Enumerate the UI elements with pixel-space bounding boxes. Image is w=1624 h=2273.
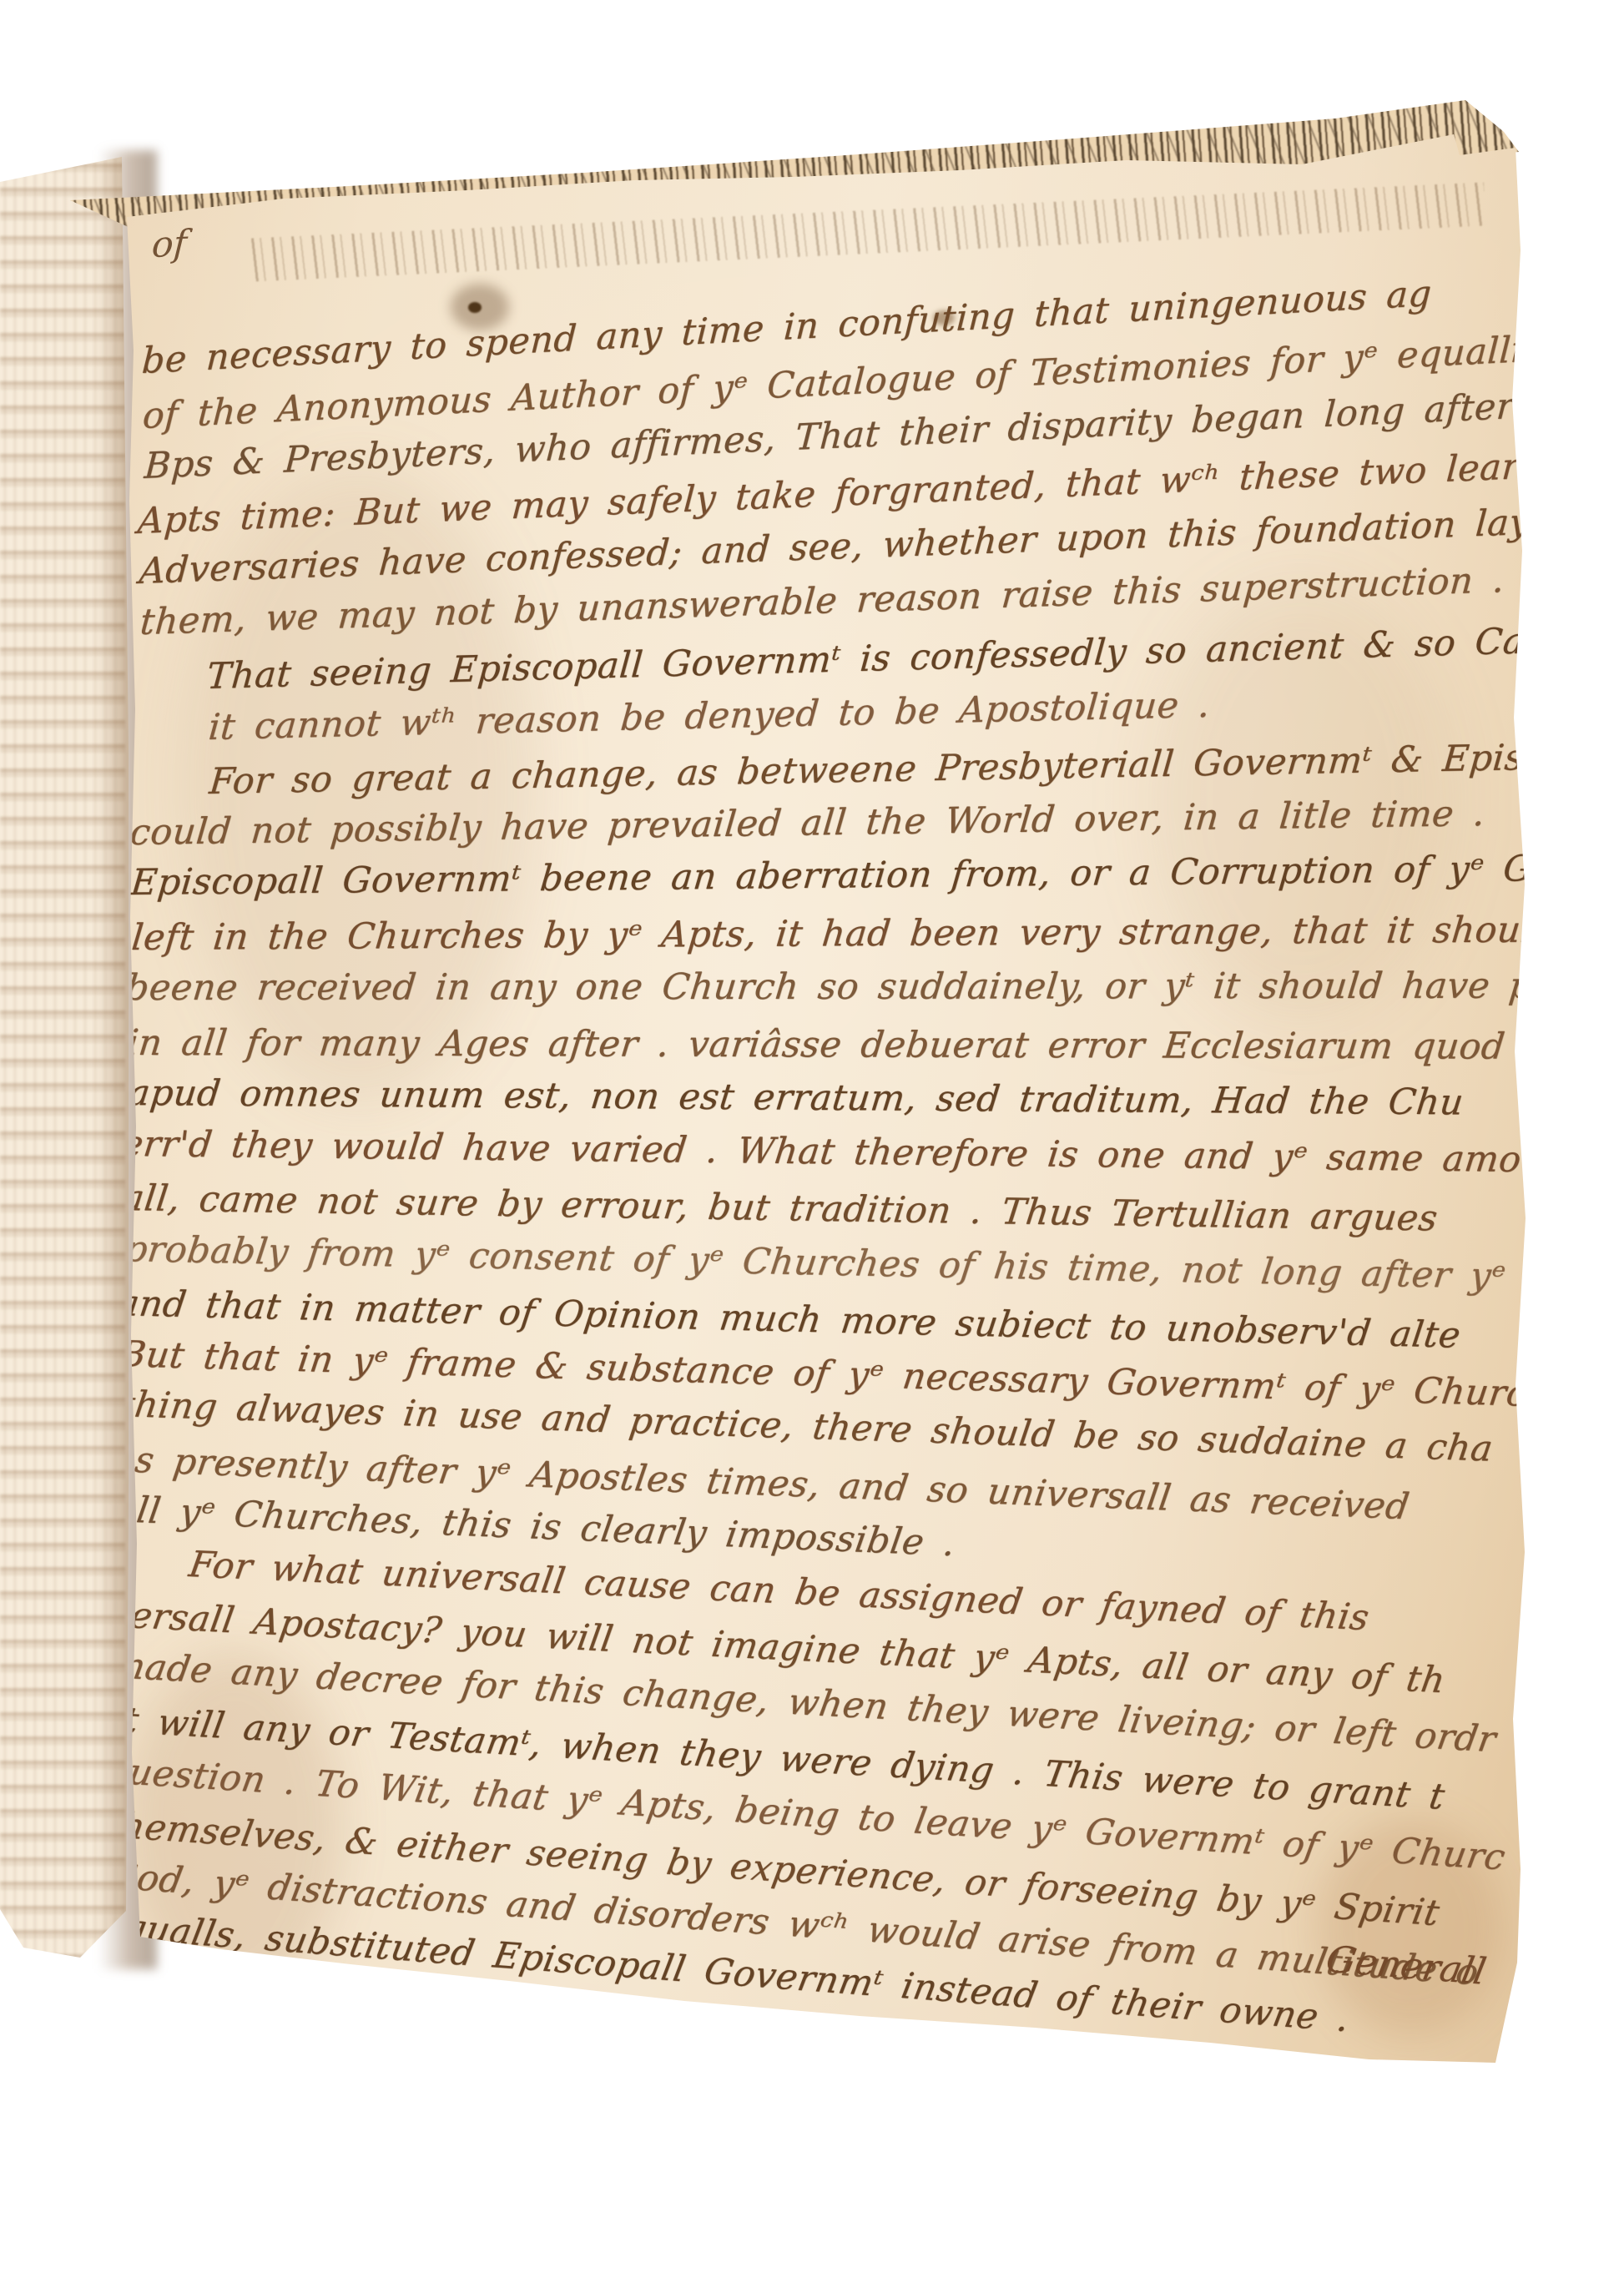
manuscript-line: all, came not sure by errour, but tradit… <box>120 1177 1440 1239</box>
photo-canvas: of be necessary to spend any time in con… <box>0 0 1624 2273</box>
manuscript-line: could not possibly have prevailed all th… <box>128 793 1486 854</box>
manuscript-line: For so great a change, as betweene Presb… <box>208 736 1568 803</box>
manuscript-text: be necessary to spend any time in confut… <box>0 0 1624 2273</box>
manuscript-line: beene received in any one Church so sudd… <box>124 965 1574 1009</box>
manuscript-line: Episcopall Governmᵗ beene an aberration … <box>129 848 1577 904</box>
manuscript-line: in all for many Ages after . variâsse de… <box>124 1022 1507 1068</box>
manuscript-line: left in the Churches by yᵉ Apts, it had … <box>130 909 1559 959</box>
manuscript-line: apud omnes unum est, non est erratum, se… <box>126 1072 1465 1123</box>
manuscript-line: err'd they would have varied . What ther… <box>119 1123 1524 1181</box>
manuscript-page: of be necessary to spend any time in con… <box>0 0 1624 2273</box>
manuscript-line: probably from yᵉ consent of yᵉ Churches … <box>122 1228 1508 1298</box>
